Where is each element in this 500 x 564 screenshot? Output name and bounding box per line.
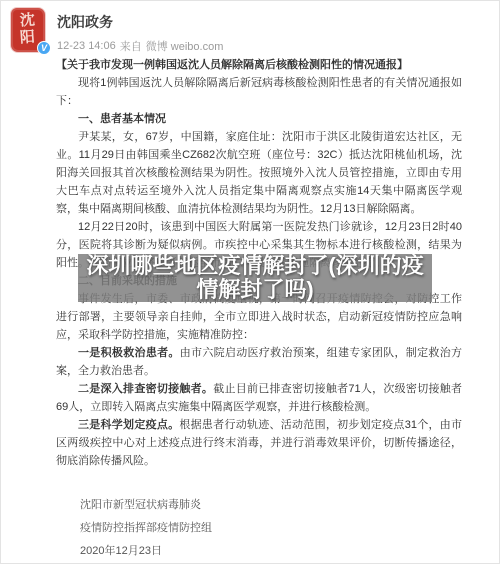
avatar-seal-char-bottom: 阳 [20,29,36,47]
section-heading: 一、患者基本情况 [56,110,462,128]
avatar-seal-char-top: 沈 [20,12,36,30]
paragraph-lead: 一是积极救治患者。 [78,347,180,359]
article-paragraph: 三是科学划定疫点。根据患者行动轨迹、活动范围，初步划定疫点31个，由市区两级疾控… [56,416,462,470]
article-paragraph: 现将1例韩国返沈人员解除隔离后新冠病毒核酸检测阳性患者的有关情况通报如下： [56,74,462,110]
source-link[interactable]: 微博 weibo.com [146,38,224,54]
verified-badge-icon: V [37,41,51,55]
article-title: 【关于我市发现一例韩国返沈人员解除隔离后核酸检测阳性的情况通报】 [56,56,462,74]
article-paragraph: 尹某某，女，67岁，中国籍，家庭住址：沈阳市于洪区北陵街道宏达社区，无业。11月… [56,128,462,218]
watermark-overlay: 深圳哪些地区疫情解封了(深圳的疫情解封了吗) [78,254,432,302]
source-prefix-label: 来自 [120,38,142,54]
signature-line: 2020年12月23日 [80,540,212,563]
signature-block: 沈阳市新型冠状病毒肺炎疫情防控指挥部疫情防控组2020年12月23日 [80,494,212,563]
post-meta: 12-23 14:06 来自 微博 weibo.com [57,38,223,54]
signature-line: 沈阳市新型冠状病毒肺炎 [80,494,212,517]
paragraph-lead: 二是深入排查密切接触者。 [78,383,213,395]
post-header: 沈 阳 V 沈阳政务 12-23 14:06 来自 微博 weibo.com [0,0,500,56]
article-paragraph: 一是积极救治患者。由市六院启动医疗救治预案，组建专家团队，制定救治方案，全力救治… [56,344,462,380]
post-timestamp[interactable]: 12-23 14:06 [57,40,116,52]
paragraph-lead: 三是科学划定疫点。 [78,419,179,431]
signature-line: 疫情防控指挥部疫情防控组 [80,517,212,540]
username-link[interactable]: 沈阳政务 [57,12,113,32]
article-paragraph: 二是深入排查密切接触者。截止目前已排查密切接触者71人，次级密切接触者69人，立… [56,380,462,416]
